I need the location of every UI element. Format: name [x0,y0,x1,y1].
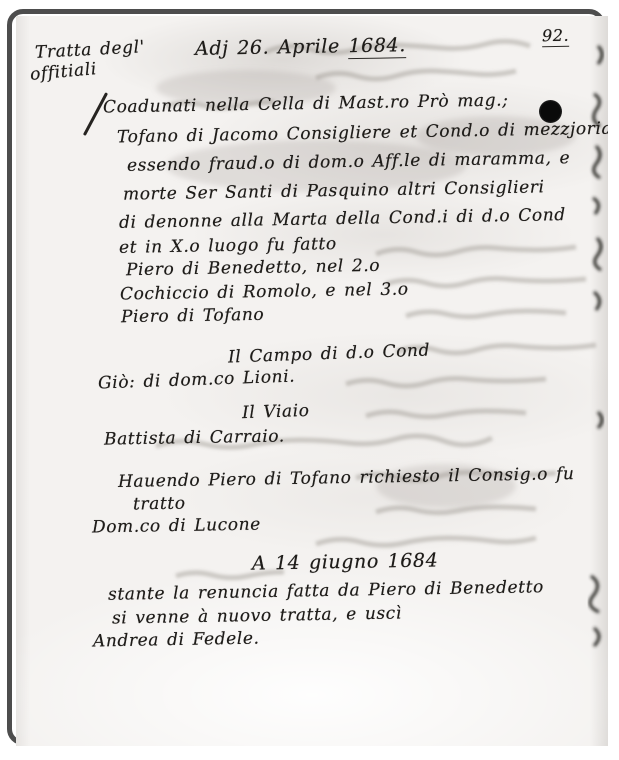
manuscript-line: A 14 giugno 1684 [252,549,439,574]
heading-date: Adj 26. Aprile 1684. [195,34,406,60]
manuscript-line: di denonne alla Marta della Cond.i di d.… [119,205,566,233]
manuscript-line: Piero di Benedetto, nel 2.o [126,256,380,280]
heading-date-year: 1684. [348,34,406,59]
manuscript-line: Piero di Tofano [121,305,265,327]
manuscript-line: Tofano di Jacomo Consigliere et Cond.o d… [117,119,608,148]
manuscript-line: Dom.co di Lucone [92,515,261,538]
manuscript-line: Hauendo Piero di Tofano richiesto il Con… [118,464,575,492]
manuscript-line: Il Campo di d.o Cond [228,340,431,367]
manuscript-line: Cochiccio di Romolo, e nel 3.o [120,279,409,304]
manuscript-line: si venne à nuovo tratta, e uscì [112,603,402,628]
manuscript-line: Coadunati nella Cella di Mast.ro Prò mag… [103,90,509,117]
manuscript-page: Tratta degl' offitiali Adj 26. Aprile 16… [16,16,608,746]
heading-date-prefix: Adj 26. Aprile [195,35,349,60]
manuscript-line: morte Ser Santi di Pasquino altri Consig… [123,177,545,204]
manuscript-line: Giò: di dom.co Lioni. [98,367,296,394]
manuscript-line: Il Viaio [242,401,310,423]
page-number: 92. [542,26,570,47]
manuscript-line: essendo fraud.o di dom.o Aff.le di maram… [127,148,571,176]
manuscript-line: tratto [133,494,186,515]
margin-note-line: offitiali [29,59,97,85]
manuscript-line: et in X.o luogo fu fatto [119,234,337,258]
manuscript-line: stante la renuncia fatta da Piero di Ben… [108,577,544,605]
manuscript-line: Battista di Carraio. [104,426,285,449]
manuscript-line: Andrea di Fedele. [93,629,260,652]
scanned-manuscript-photo: Tratta degl' offitiali Adj 26. Aprile 16… [0,0,619,760]
